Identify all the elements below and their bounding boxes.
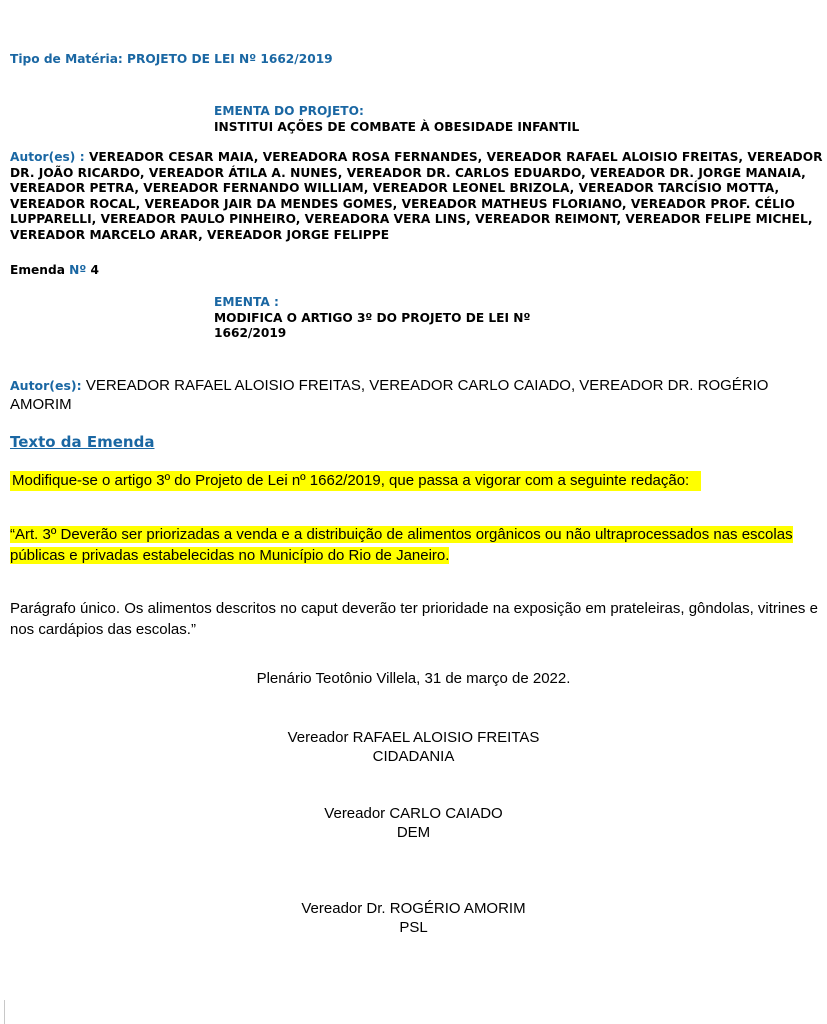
paragraph-unico: Parágrafo único. Os alimentos descritos … <box>10 598 825 640</box>
autores-emenda-label: Autor(es): <box>10 378 82 393</box>
texto-da-emenda-link[interactable]: Texto da Emenda <box>10 433 154 451</box>
autores-projeto-label: Autor(es) : <box>10 150 85 164</box>
tipo-materia: Tipo de Matéria: PROJETO DE LEI Nº 1662/… <box>10 52 333 66</box>
emenda-label: Emenda <box>10 263 65 277</box>
paragraph-modifique: Modifique-se o artigo 3º do Projeto de L… <box>10 470 701 491</box>
ementa-projeto-label: EMENTA DO PROJETO: <box>214 103 579 119</box>
autores-emenda-text: VEREADOR RAFAEL ALOISIO FREITAS, VEREADO… <box>10 377 768 413</box>
emenda-number: Emenda Nº 4 <box>10 263 99 277</box>
autores-projeto-text: VEREADOR CESAR MAIA, VEREADORA ROSA FERN… <box>10 150 823 242</box>
emenda-num-value: 4 <box>91 263 99 277</box>
signature-block: Vereador CARLO CAIADO DEM <box>0 804 827 842</box>
signature-party: PSL <box>0 918 827 937</box>
signature-name: Vereador CARLO CAIADO <box>0 804 827 823</box>
signature-name: Vereador RAFAEL ALOISIO FREITAS <box>0 728 827 747</box>
ementa-text: MODIFICA O ARTIGO 3º DO PROJETO DE LEI N… <box>214 311 594 342</box>
paragraph-modifique-text: Modifique-se o artigo 3º do Projeto de L… <box>10 471 701 491</box>
emenda-num-label: Nº <box>69 263 86 277</box>
ementa-projeto-text: INSTITUI AÇÕES DE COMBATE À OBESIDADE IN… <box>214 119 579 135</box>
page-edge-divider <box>4 1000 5 1024</box>
paragraph-art3: “Art. 3º Deverão ser priorizadas a venda… <box>10 524 815 566</box>
tipo-materia-value: PROJETO DE LEI Nº 1662/2019 <box>127 52 333 66</box>
autores-emenda: Autor(es): VEREADOR RAFAEL ALOISIO FREIT… <box>10 376 810 414</box>
tipo-materia-label: Tipo de Matéria: <box>10 52 123 66</box>
ementa-projeto: EMENTA DO PROJETO: INSTITUI AÇÕES DE COM… <box>214 103 579 135</box>
paragraph-art3-text: “Art. 3º Deverão ser priorizadas a venda… <box>10 526 793 564</box>
local-data: Plenário Teotônio Villela, 31 de março d… <box>0 669 827 688</box>
signature-party: CIDADANIA <box>0 747 827 766</box>
signature-block: Vereador Dr. ROGÉRIO AMORIM PSL <box>0 899 827 937</box>
signature-party: DEM <box>0 823 827 842</box>
ementa-label: EMENTA : <box>214 295 594 311</box>
signature-block: Vereador RAFAEL ALOISIO FREITAS CIDADANI… <box>0 728 827 766</box>
autores-projeto: Autor(es) : VEREADOR CESAR MAIA, VEREADO… <box>10 150 825 244</box>
signature-name: Vereador Dr. ROGÉRIO AMORIM <box>0 899 827 918</box>
ementa-emenda: EMENTA : MODIFICA O ARTIGO 3º DO PROJETO… <box>214 295 594 342</box>
